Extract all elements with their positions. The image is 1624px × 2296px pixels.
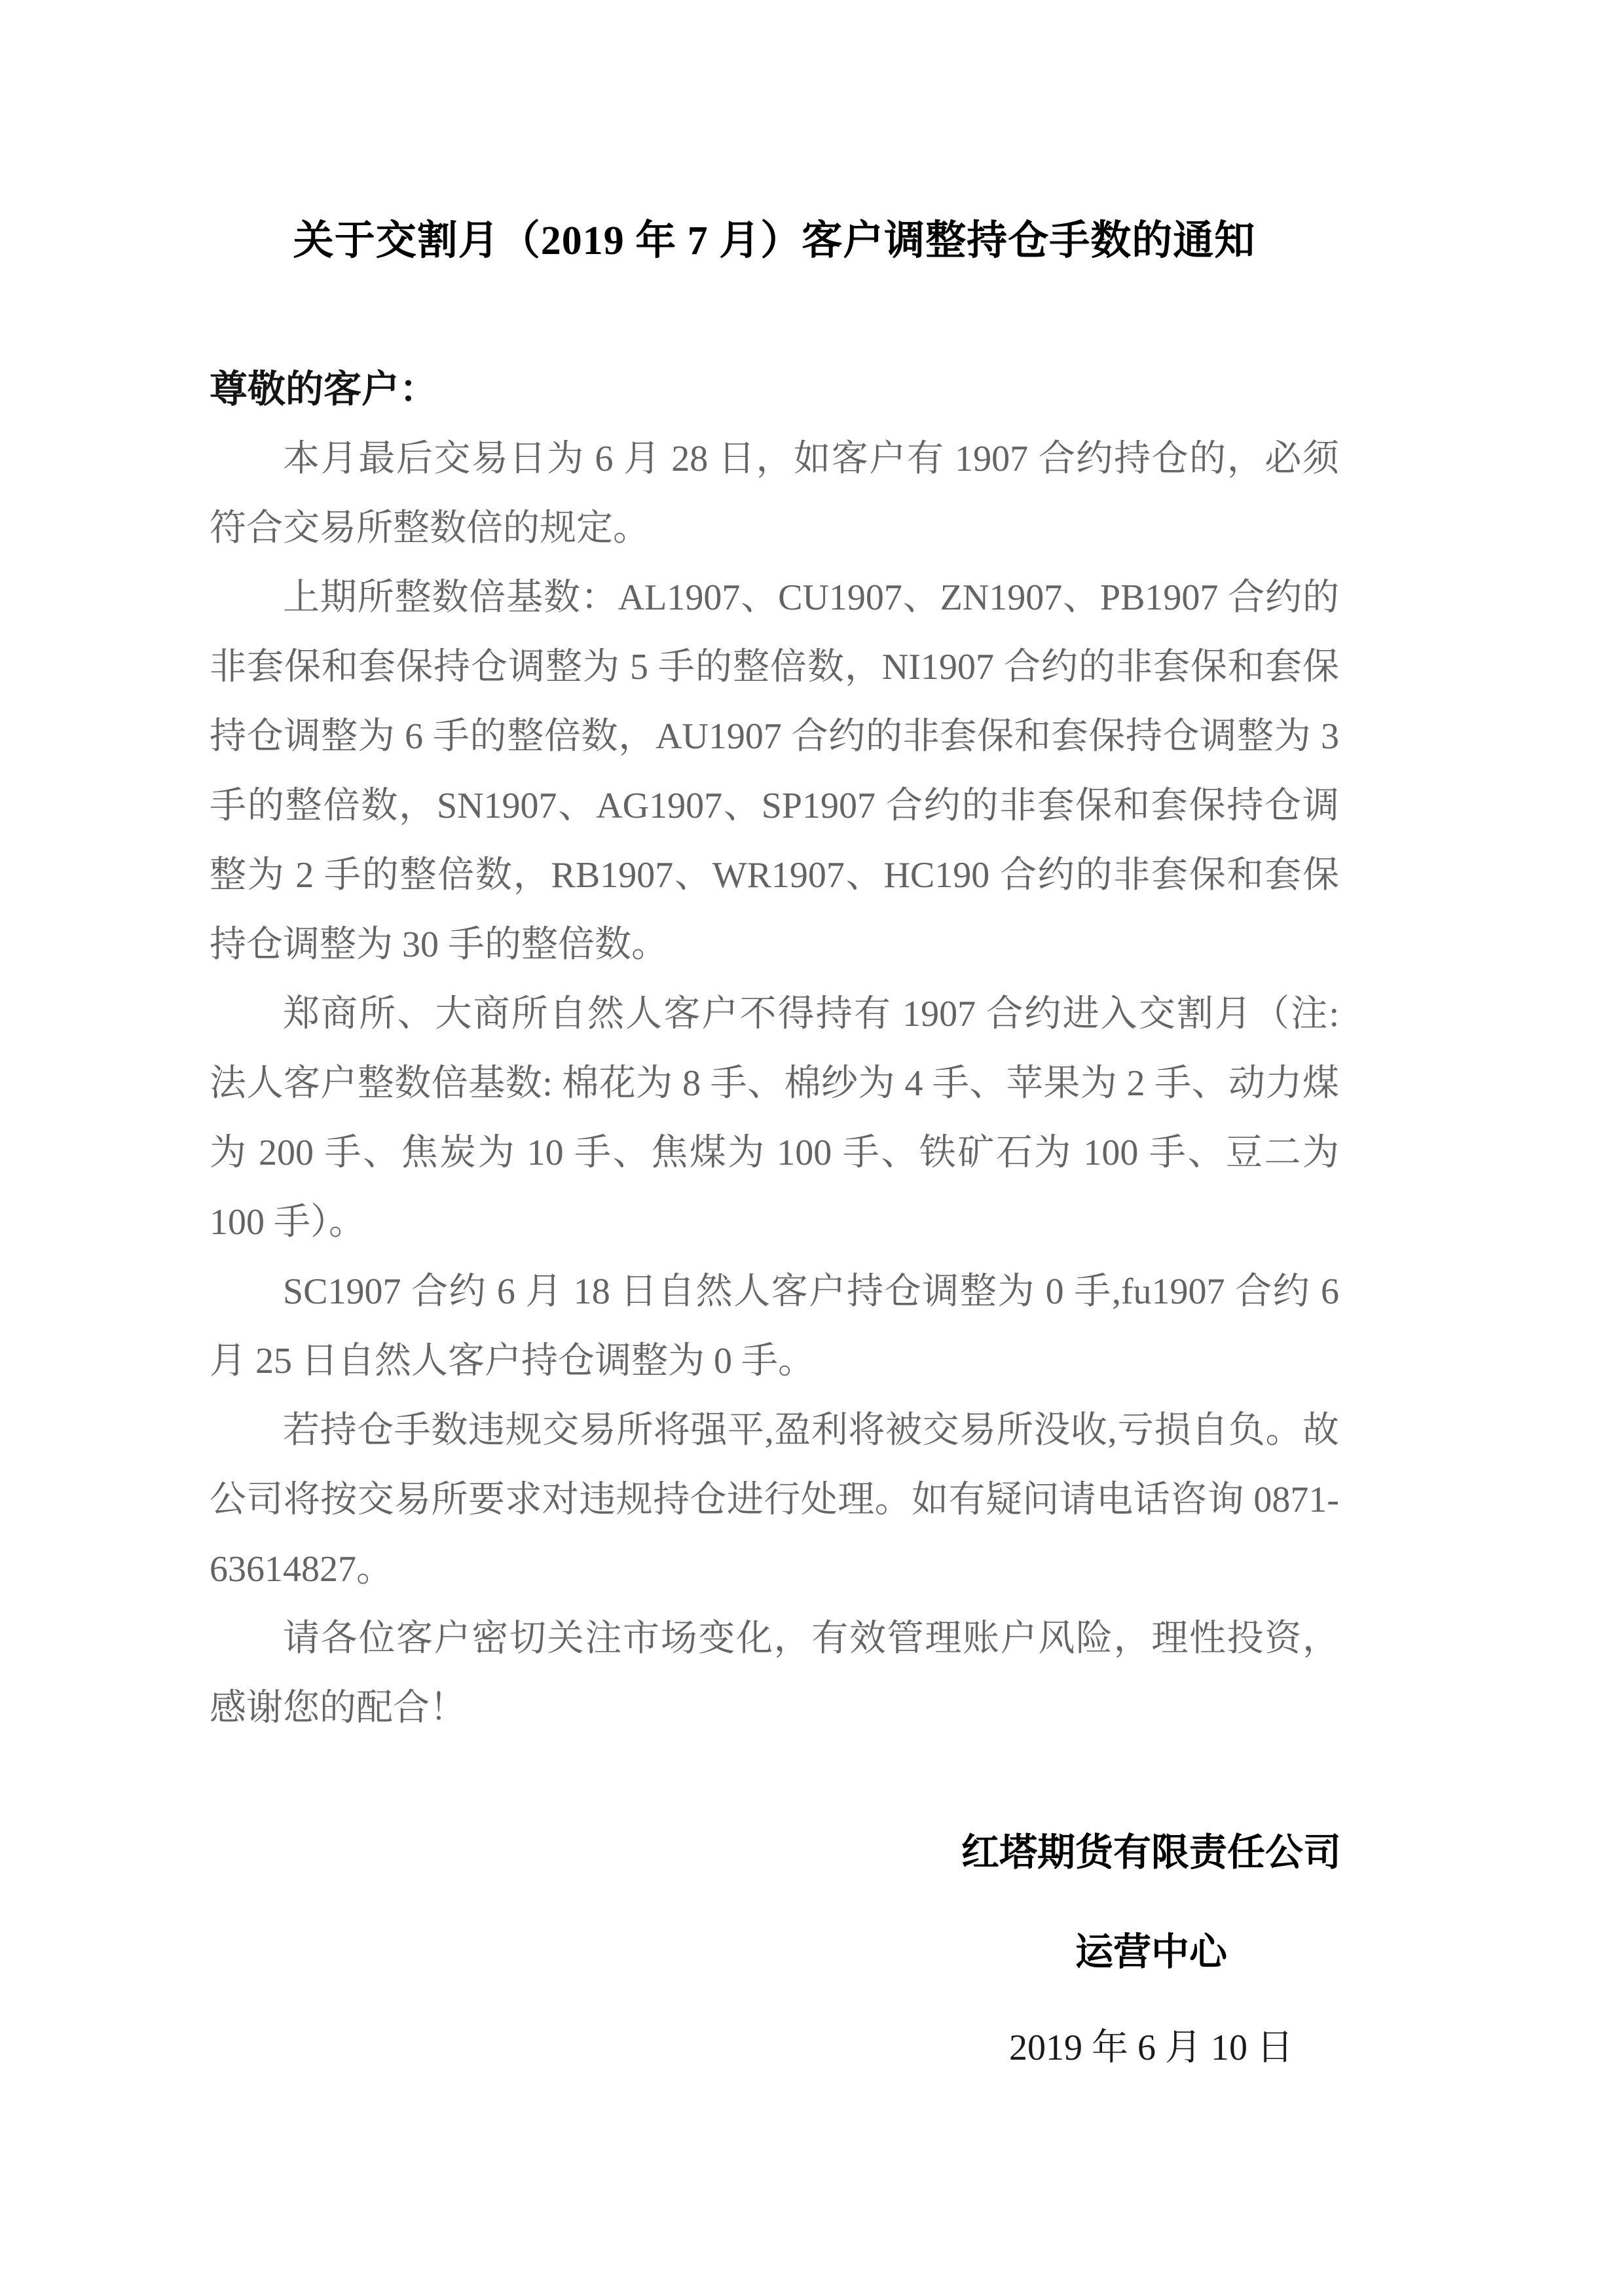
page-title: 关于交割月（2019 年 7 月）客户调整持仓手数的通知 [210,0,1339,264]
paragraph-czce-dce-rules: 郑商所、大商所自然人客户不得持有 1907 合约进入交割月（注: 法人客户整数倍… [210,979,1339,1257]
paragraph-closing-remarks: 请各位客户密切关注市场变化，有效管理账户风险，理性投资，感谢您的配合！ [210,1604,1339,1743]
paragraph-shfe-multiples: 上期所整数倍基数：AL1907、CU1907、ZN1907、PB1907 合约的… [210,563,1339,979]
signature-company-name: 红塔期货有限责任公司 [953,1818,1349,1887]
paragraph-last-trading-day: 本月最后交易日为 6 月 28 日，如客户有 1907 合约持仓的，必须符合交易… [210,424,1339,563]
signature-date: 2019 年 6 月 10 日 [953,2013,1349,2083]
paragraph-sc-fu-adjustment: SC1907 合约 6 月 18 日自然人客户持仓调整为 0 手,fu1907 … [210,1257,1339,1396]
paragraph-violation-handling: 若持仓手数违规交易所将强平,盈利将被交易所没收,亏损自负。故公司将按交易所要求对… [210,1396,1339,1604]
notice-document-body: 关于交割月（2019 年 7 月）客户调整持仓手数的通知 尊敬的客户： 本月最后… [210,0,1339,2083]
signature-block: 红塔期货有限责任公司 运营中心 2019 年 6 月 10 日 [953,1818,1349,2083]
greeting-line: 尊敬的客户： [210,355,1339,424]
signature-department: 运营中心 [953,1918,1349,1987]
notice-document-page: 关于交割月（2019 年 7 月）客户调整持仓手数的通知 尊敬的客户： 本月最后… [0,0,1624,2296]
